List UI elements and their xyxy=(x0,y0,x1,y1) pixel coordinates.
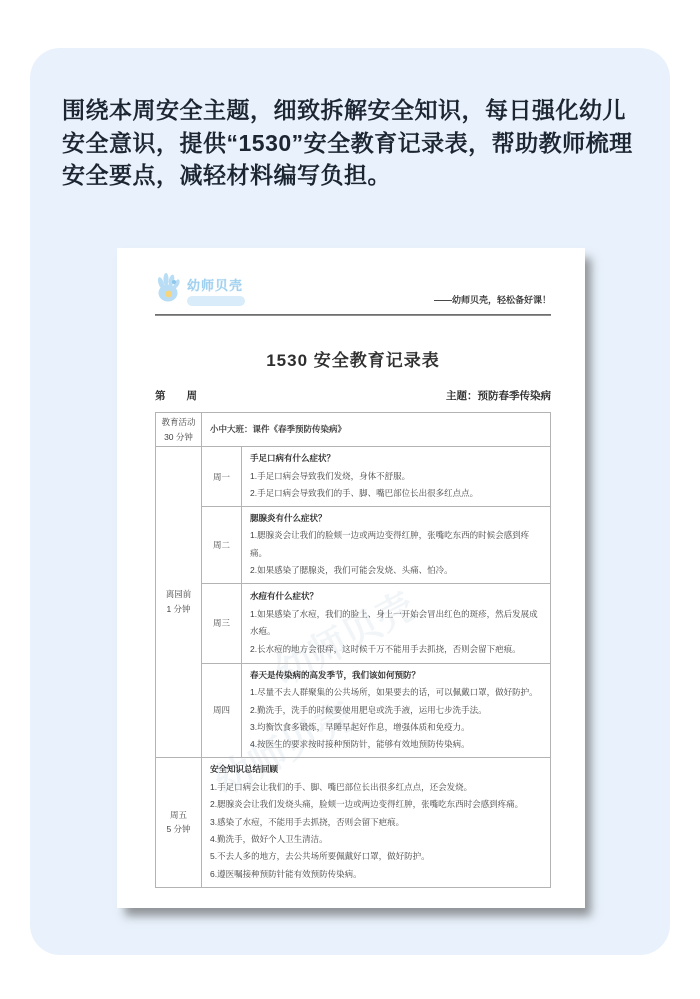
document-title: 1530 安全教育记录表 xyxy=(155,346,551,371)
point-line: 6.遵医嘱接种预防针能有效预防传染病。 xyxy=(210,866,542,883)
point-line: 2.腮腺炎会让我们发烧头痛，脸颊一边或两边变得红肿，张嘴吃东西时会感到疼痛。 xyxy=(210,796,542,813)
daily-duration-cell: 离园前 1 分钟 xyxy=(156,447,202,758)
day-points: 1.尽量不去人群聚集的公共场所，如果要去的话，可以佩戴口罩，做好防护。2.勤洗手… xyxy=(250,684,542,754)
brand-name: 幼师贝壳 xyxy=(187,275,243,294)
activity-duration: 30 分钟 xyxy=(156,430,201,444)
meta-row: 第 周 主题：预防春季传染病 xyxy=(155,388,551,403)
thursday-row: 周四 春天是传染病的高发季节，我们该如何预防？ 1.尽量不去人群聚集的公共场所，… xyxy=(156,663,551,757)
wednesday-row: 周三 水痘有什么症状？ 1.如果感染了水痘，我们的脸上、身上一开始会冒出红色的斑… xyxy=(156,583,551,663)
point-line: 4.按医生的要求按时接种预防针，能够有效地预防传染病。 xyxy=(250,736,542,753)
daily-label: 离园前 xyxy=(156,587,201,601)
point-line: 5.不去人多的地方，去公共场所要佩戴好口罩，做好防护。 xyxy=(210,848,542,865)
day-topic-title: 手足口病有什么症状？ xyxy=(250,450,542,467)
tuesday-row: 周二 腮腺炎有什么症状？ 1.腮腺炎会让我们的脸颊一边或两边变得红肿，张嘴吃东西… xyxy=(156,507,551,584)
brand-tagline-badge xyxy=(187,296,245,306)
point-line: 1.手足口病会导致我们发烧，身体不舒服。 xyxy=(250,468,542,485)
point-line: 3.均衡饮食多锻炼，早睡早起好作息，增强体质和免疫力。 xyxy=(250,719,542,736)
brand-logo: 幼师贝壳 xyxy=(155,273,245,308)
day-label: 周三 xyxy=(202,583,242,663)
day-content: 春天是传染病的高发季节，我们该如何预防？ 1.尽量不去人群聚集的公共场所，如果要… xyxy=(242,663,551,757)
week-field: 第 周 xyxy=(155,388,197,403)
point-line: 4.勤洗手，做好个人卫生清洁。 xyxy=(210,831,542,848)
theme-field: 主题：预防春季传染病 xyxy=(446,388,551,403)
point-line: 1.如果感染了水痘，我们的脸上、身上一开始会冒出红色的斑疹，然后发展成水疱。 xyxy=(250,606,542,641)
day-points: 1.手足口病会导致我们发烧，身体不舒服。2.手足口病会导致我们的手、脚、嘴巴部位… xyxy=(250,468,542,503)
friday-summary-title: 安全知识总结回顾 xyxy=(210,761,542,778)
point-line: 2.手足口病会导致我们的手、脚、嘴巴部位长出很多红点点。 xyxy=(250,485,542,502)
day-points: 1.腮腺炎会让我们的脸颊一边或两边变得红肿，张嘴吃东西的时候会感到疼痛。2.如果… xyxy=(250,527,542,579)
friday-row: 周五 5 分钟 安全知识总结回顾 1.手足口病会让我们的手、脚、嘴巴部位长出很多… xyxy=(156,757,551,887)
header-divider xyxy=(155,314,551,316)
record-table: 教育活动 30 分钟 小中大班：课件《春季预防传染病》 离园前 1 分钟 周一 … xyxy=(155,412,551,888)
point-line: 1.尽量不去人群聚集的公共场所，如果要去的话，可以佩戴口罩，做好防护。 xyxy=(250,684,542,701)
day-topic-title: 腮腺炎有什么症状？ xyxy=(250,510,542,527)
day-content: 手足口病有什么症状？ 1.手足口病会导致我们发烧，身体不舒服。2.手足口病会导致… xyxy=(242,447,551,507)
point-line: 2.长水痘的地方会很痒，这时候千万不能用手去抓挠，否则会留下疤痕。 xyxy=(250,641,542,658)
point-line: 2.如果感染了腮腺炎，我们可能会发烧、头痛、怕冷。 xyxy=(250,562,542,579)
day-topic-title: 春天是传染病的高发季节，我们该如何预防？ xyxy=(250,667,542,684)
daily-duration: 1 分钟 xyxy=(156,602,201,616)
intro-text: 围绕本周安全主题，细致拆解安全知识，每日强化幼儿安全意识，提供“1530”安全教… xyxy=(30,48,670,192)
point-line: 1.手足口病会让我们的手、脚、嘴巴部位长出很多红点点，还会发烧。 xyxy=(210,779,542,796)
friday-points: 1.手足口病会让我们的手、脚、嘴巴部位长出很多红点点，还会发烧。2.腮腺炎会让我… xyxy=(210,779,542,884)
monday-row: 离园前 1 分钟 周一 手足口病有什么症状？ 1.手足口病会导致我们发烧，身体不… xyxy=(156,447,551,507)
day-label: 周一 xyxy=(202,447,242,507)
document-paper: 幼师贝壳 幼师贝壳 xyxy=(117,248,585,908)
day-topic-title: 水痘有什么症状？ xyxy=(250,588,542,605)
paper-header: 幼师贝壳 ——幼师贝壳，轻松备好课！ xyxy=(155,266,551,308)
brand-slogan: ——幼师贝壳，轻松备好课！ xyxy=(434,293,551,308)
brand-text-block: 幼师贝壳 xyxy=(187,275,245,306)
friday-duration-cell: 周五 5 分钟 xyxy=(156,757,202,887)
hand-shell-logo-icon xyxy=(155,273,183,308)
activity-row: 教育活动 30 分钟 小中大班：课件《春季预防传染病》 xyxy=(156,413,551,447)
day-content: 水痘有什么症状？ 1.如果感染了水痘，我们的脸上、身上一开始会冒出红色的斑疹，然… xyxy=(242,583,551,663)
day-points: 1.如果感染了水痘，我们的脸上、身上一开始会冒出红色的斑疹，然后发展成水疱。2.… xyxy=(250,606,542,658)
info-card: 围绕本周安全主题，细致拆解安全知识，每日强化幼儿安全意识，提供“1530”安全教… xyxy=(30,48,670,955)
activity-duration-cell: 教育活动 30 分钟 xyxy=(156,413,202,447)
activity-content-cell: 小中大班：课件《春季预防传染病》 xyxy=(202,413,551,447)
point-line: 2.勤洗手，洗手的时候要使用肥皂或洗手液，运用七步洗手法。 xyxy=(250,702,542,719)
friday-duration: 5 分钟 xyxy=(156,822,201,836)
point-line: 1.腮腺炎会让我们的脸颊一边或两边变得红肿，张嘴吃东西的时候会感到疼痛。 xyxy=(250,527,542,562)
day-label: 周四 xyxy=(202,663,242,757)
friday-content-cell: 安全知识总结回顾 1.手足口病会让我们的手、脚、嘴巴部位长出很多红点点，还会发烧… xyxy=(202,757,551,887)
day-content: 腮腺炎有什么症状？ 1.腮腺炎会让我们的脸颊一边或两边变得红肿，张嘴吃东西的时候… xyxy=(242,507,551,584)
day-label: 周二 xyxy=(202,507,242,584)
friday-label: 周五 xyxy=(156,808,201,822)
point-line: 3.感染了水痘，不能用手去抓挠，否则会留下疤痕。 xyxy=(210,814,542,831)
activity-label: 教育活动 xyxy=(156,415,201,429)
